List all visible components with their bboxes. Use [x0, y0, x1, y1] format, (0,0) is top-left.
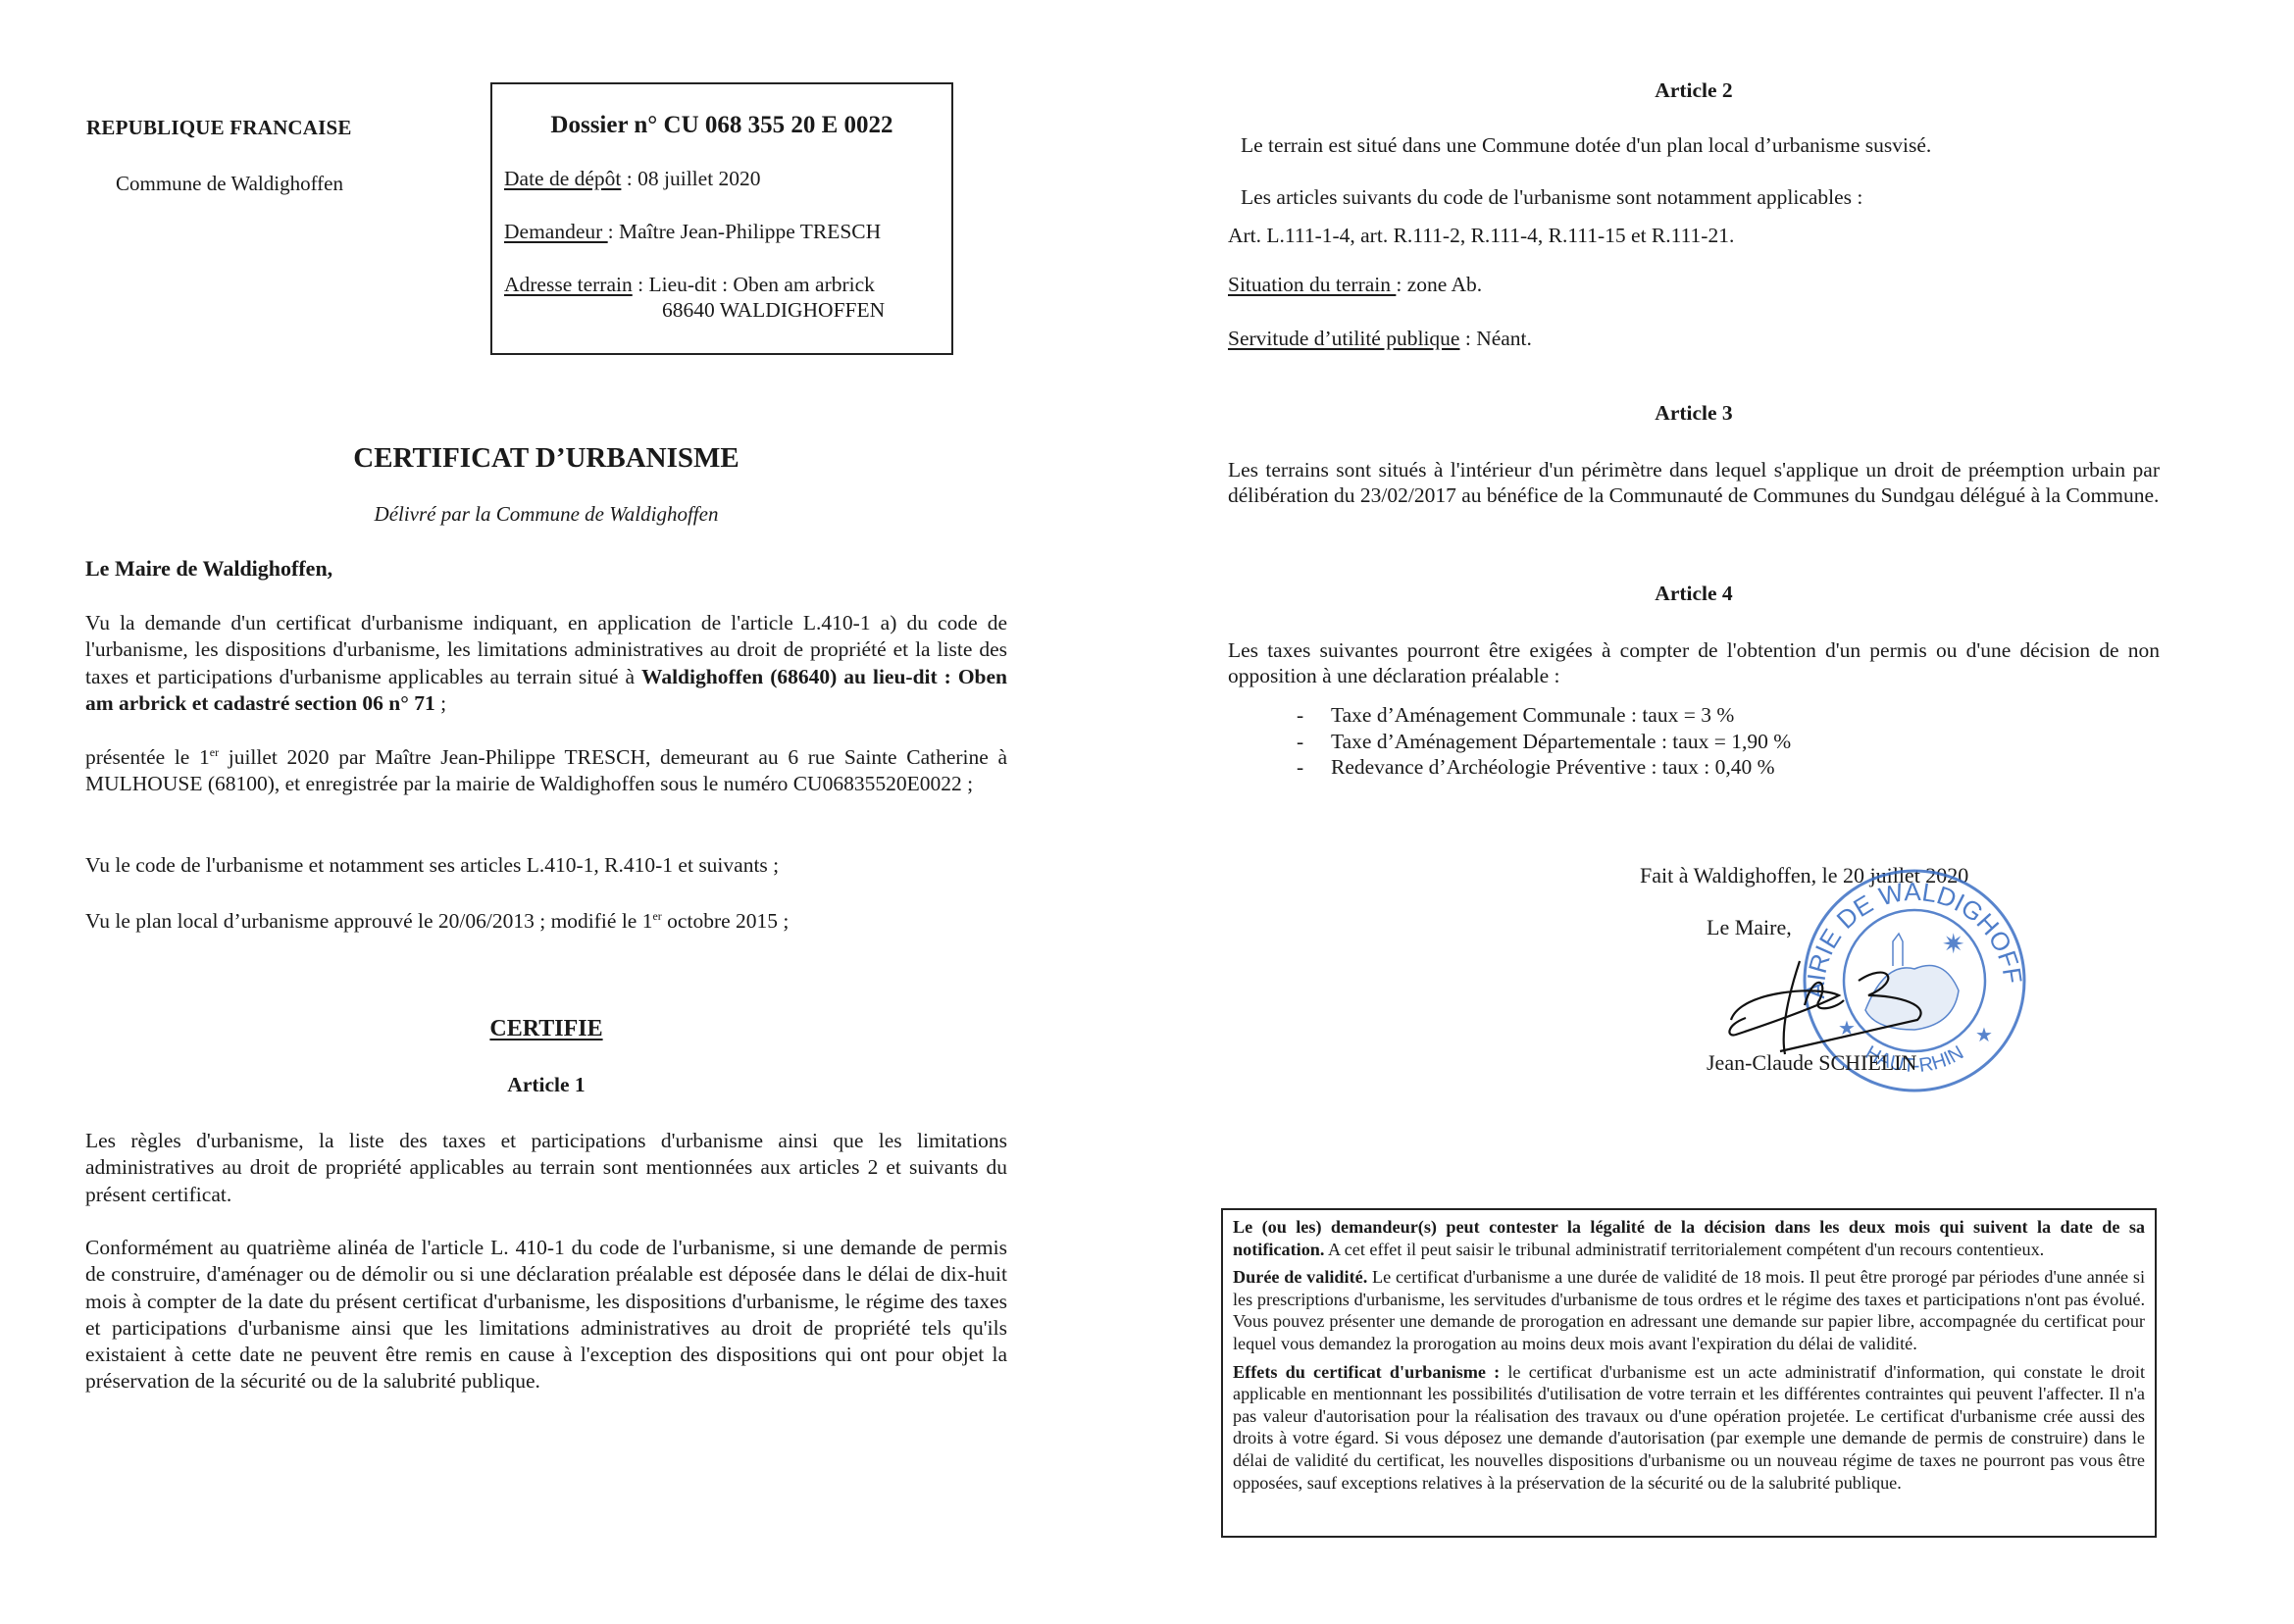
- deposit-date-label: Date de dépôt: [504, 167, 621, 190]
- article-3-heading: Article 3: [1228, 401, 2160, 426]
- certifie-heading: CERTIFIE: [85, 1016, 1007, 1042]
- certificate-title: CERTIFICAT D’URBANISME: [85, 442, 1007, 475]
- tax-item: -Taxe d’Aménagement Communale : taux = 3…: [1297, 702, 1791, 729]
- tax-item: -Redevance d’Archéologie Préventive : ta…: [1297, 754, 1791, 781]
- list-dash: -: [1297, 729, 1331, 755]
- applicant-label: Demandeur: [504, 220, 608, 243]
- land-address-label: Adresse terrain: [504, 273, 633, 296]
- list-dash: -: [1297, 754, 1331, 781]
- mayor-signature-icon: [1721, 951, 1947, 1059]
- presentee-text-start: présentée le 1: [85, 745, 210, 769]
- notice-appeal-text: A cet effet il peut saisir le tribunal a…: [1324, 1240, 2044, 1259]
- article-4-heading: Article 4: [1228, 582, 2160, 606]
- article-3-paragraph: Les terrains sont situés à l'intérieur d…: [1228, 457, 2160, 508]
- dossier-box: Dossier n° CU 068 355 20 E 0022 Date de …: [490, 82, 953, 355]
- vu-demande-end: ;: [435, 691, 446, 715]
- article-2-applicable-articles: Art. L.111-1-4, art. R.111-2, R.111-4, R…: [1228, 224, 1734, 248]
- article-4-paragraph: Les taxes suivantes pourront être exigée…: [1228, 637, 2160, 688]
- public-easement-value: : Néant.: [1459, 327, 1531, 350]
- republic-heading: REPUBLIQUE FRANCAISE: [86, 116, 352, 140]
- tax-item: -Taxe d’Aménagement Départementale : tau…: [1297, 729, 1791, 755]
- notice-effects: Effets du certificat d'urbanisme : le ce…: [1233, 1361, 2145, 1495]
- legal-notice-box: Le (ou les) demandeur(s) peut contester …: [1221, 1208, 2157, 1538]
- tax-label: Taxe d’Aménagement Départementale : taux…: [1331, 730, 1791, 753]
- article-1-paragraph-2: Conformément au quatrième alinéa de l'ar…: [85, 1235, 1007, 1396]
- article-1-heading: Article 1: [85, 1073, 1007, 1097]
- signatory-role: Le Maire,: [1707, 915, 1792, 940]
- applicant: Demandeur : Maître Jean-Philippe TRESCH: [504, 220, 881, 244]
- land-situation-value: : zone Ab.: [1396, 273, 1482, 296]
- vu-plan-paragraph: Vu le plan local d’urbanisme approuvé le…: [85, 908, 1007, 935]
- tax-label: Redevance d’Archéologie Préventive : tau…: [1331, 755, 1775, 779]
- land-address-line2: 68640 WALDIGHOFFEN: [662, 298, 885, 323]
- deposit-date-value: : 08 juillet 2020: [621, 167, 760, 190]
- tax-list: -Taxe d’Aménagement Communale : taux = 3…: [1297, 702, 1791, 781]
- notice-effects-bold: Effets du certificat d'urbanisme :: [1233, 1362, 1500, 1382]
- list-dash: -: [1297, 702, 1331, 729]
- mayor-heading: Le Maire de Waldighoffen,: [85, 556, 332, 582]
- certificate-subtitle: Délivré par la Commune de Waldighoffen: [85, 502, 1007, 527]
- vu-demande-middle: et cadastré: [186, 691, 294, 715]
- notice-validity-text: Le certificat d'urbanisme a une durée de…: [1233, 1267, 2145, 1353]
- deposit-date: Date de dépôt : 08 juillet 2020: [504, 167, 761, 191]
- cadastral-parcel: section 06 n° 71: [295, 691, 435, 715]
- signatory-name: Jean-Claude SCHIELIN: [1707, 1050, 1916, 1076]
- article-2-paragraph-1: Le terrain est situé dans une Commune do…: [1241, 133, 1931, 158]
- notice-appeal: Le (ou les) demandeur(s) peut contester …: [1233, 1216, 2145, 1260]
- tax-label: Taxe d’Aménagement Communale : taux = 3 …: [1331, 703, 1734, 727]
- vu-plan-text-end: octobre 2015 ;: [662, 909, 790, 933]
- public-easement: Servitude d’utilité publique : Néant.: [1228, 327, 1532, 351]
- vu-plan-superscript: er: [652, 909, 661, 923]
- public-easement-label: Servitude d’utilité publique: [1228, 327, 1459, 350]
- land-situation-label: Situation du terrain: [1228, 273, 1396, 296]
- vu-plan-text-start: Vu le plan local d’urbanisme approuvé le…: [85, 909, 652, 933]
- land-address-line1: : Lieu-dit : Oben am arbrick: [633, 273, 875, 296]
- presentee-superscript: er: [210, 745, 219, 759]
- commune-name: Commune de Waldighoffen: [116, 172, 343, 196]
- notice-validity-bold: Durée de validité.: [1233, 1267, 1367, 1287]
- applicant-value: : Maître Jean-Philippe TRESCH: [608, 220, 881, 243]
- article-2-heading: Article 2: [1228, 78, 2160, 103]
- article-1-paragraph-1: Les règles d'urbanisme, la liste des tax…: [85, 1128, 1007, 1208]
- article-2-paragraph-2: Les articles suivants du code de l'urban…: [1241, 185, 1862, 210]
- land-address: Adresse terrain : Lieu-dit : Oben am arb…: [504, 273, 875, 297]
- vu-code-paragraph: Vu le code de l'urbanisme et notamment s…: [85, 852, 1007, 879]
- svg-text:★: ★: [1975, 1025, 1993, 1046]
- land-situation: Situation du terrain : zone Ab.: [1228, 273, 1482, 297]
- dossier-number: Dossier n° CU 068 355 20 E 0022: [492, 112, 951, 139]
- presentee-paragraph: présentée le 1er juillet 2020 par Maître…: [85, 744, 1007, 798]
- presentee-text-end: juillet 2020 par Maître Jean-Philippe TR…: [85, 745, 1007, 795]
- vu-demande-paragraph: Vu la demande d'un certificat d'urbanism…: [85, 610, 1007, 717]
- notice-validity: Durée de validité. Le certificat d'urban…: [1233, 1266, 2145, 1354]
